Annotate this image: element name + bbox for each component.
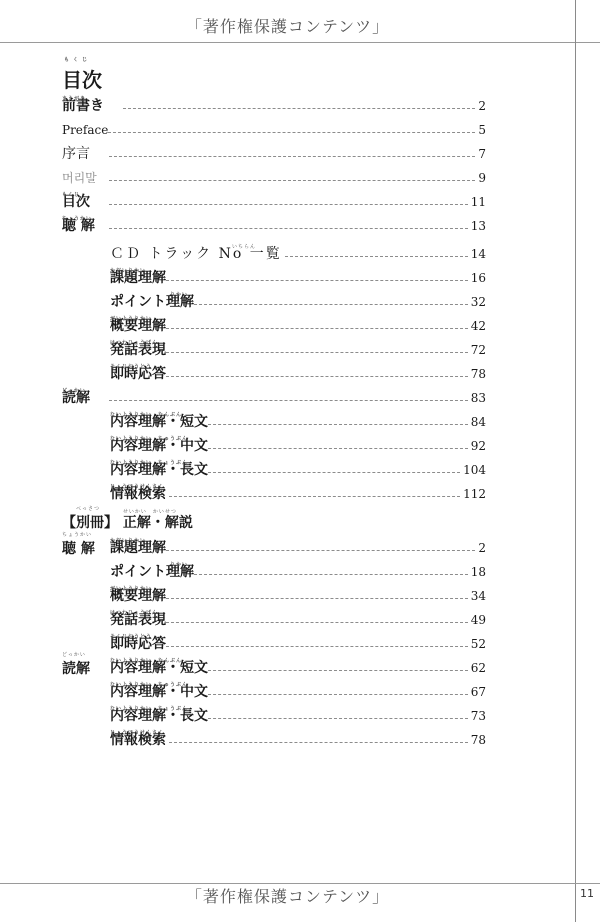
leader-dots (208, 447, 468, 449)
leader-dots (194, 573, 468, 575)
page-edge-line (575, 0, 576, 922)
leader-dots (109, 179, 475, 181)
page-title: もくじ 目次 (62, 64, 102, 93)
entry-label: りかいポイント理解 (110, 564, 194, 580)
entry-label: 序言 (62, 146, 106, 162)
entry-page: 42 (471, 318, 486, 334)
title-ruby: もくじ (64, 56, 91, 63)
entry-ruby: そくじおうとう (110, 629, 152, 645)
leader-dots (109, 203, 468, 205)
toc-entry-naiyou-chuubun[interactable]: ないようりかい ちゅうぶん内容理解・中文 92 (110, 434, 486, 454)
entry-label: どっかい読解 (62, 390, 106, 406)
entry-label: ないようりかい たんぶん内容理解・短文 (110, 414, 208, 430)
entry-ruby: もくじ (62, 187, 80, 203)
entry-ruby: はつわひょうげん (110, 335, 158, 351)
leader-dots (109, 399, 468, 401)
entry-label: かだいりかい課題理解 (110, 540, 166, 556)
entry-ruby: りかい (170, 557, 188, 573)
entry-page: 52 (471, 636, 486, 652)
leader-dots (108, 131, 475, 133)
toc-section-listening[interactable]: ちょうかい聴 解 13 (62, 214, 486, 234)
entry-label: かだいりかい課題理解 (110, 270, 166, 286)
title-text: 目次 (62, 68, 102, 92)
leader-dots (166, 351, 468, 353)
entry-ruby: ないようりかい ちゅうぶん (110, 677, 188, 693)
bessatsu-bracket: 【別冊】 (62, 515, 118, 531)
toc-entry-sokuji-outou[interactable]: そくじおうとう即時応答 78 (110, 362, 486, 382)
entry-ruby: どっかい (62, 383, 86, 399)
leader-dots (166, 279, 468, 281)
leader-dots (166, 549, 475, 551)
bracket-ruby: べっさつ (76, 505, 100, 512)
toc-entry-preface[interactable]: Preface 5 (62, 118, 486, 138)
entry-label: はつわひょうげん発話表現 (110, 342, 166, 358)
leader-dots (166, 597, 468, 599)
leader-dots (166, 645, 468, 647)
entry-label: じょうほうけんさく情報検索 (110, 732, 166, 748)
leader-dots (169, 741, 468, 743)
entry-label: はつわひょうげん発話表現 (110, 612, 166, 628)
entry-label: そくじおうとう即時応答 (110, 366, 166, 382)
entry-page: 18 (471, 564, 486, 580)
leader-dots (208, 423, 468, 425)
leader-dots (169, 495, 460, 497)
toc-entry-b-point-rikai[interactable]: りかいポイント理解 18 (110, 560, 486, 580)
toc-entry-b-gaiyou-rikai[interactable]: がいようりかい概要理解 34 (110, 584, 486, 604)
entry-label: ないようりかい たんぶん内容理解・短文 (110, 660, 208, 676)
copyright-banner-bottom: 「著作権保護コンテンツ」 (0, 884, 575, 907)
entry-page: 13 (471, 218, 486, 234)
entry-label: 머리말 (62, 170, 106, 186)
bessatsu-category-listening: ちょうかい 聴 解 (62, 538, 95, 558)
entry-page: 16 (471, 270, 486, 286)
entry-label: がいようりかい概要理解 (110, 318, 166, 334)
entry-page: 5 (478, 122, 486, 138)
toc-entry-b-jouhou-kensaku[interactable]: じょうほうけんさく情報検索 78 (110, 728, 486, 748)
entry-ruby: かだいりかい (110, 533, 146, 549)
entry-label: そくじおうとう即時応答 (110, 636, 166, 652)
entry-page: 83 (471, 390, 486, 406)
entry-page: 11 (471, 194, 486, 210)
entry-page: 92 (471, 438, 486, 454)
leader-dots (123, 107, 475, 109)
category-ruby: どっかい (62, 651, 86, 658)
entry-page: 78 (471, 366, 486, 382)
entry-page: 14 (471, 246, 486, 262)
toc-entry-b-kadai-rikai[interactable]: かだいりかい課題理解 2 (110, 536, 486, 556)
leader-dots (208, 471, 460, 473)
entry-page: 67 (471, 684, 486, 700)
entry-ruby: はつわひょうげん (110, 605, 158, 621)
entry-ruby: がいようりかい (110, 581, 152, 597)
copyright-banner-top: 「著作権保護コンテンツ」 (0, 14, 575, 37)
leader-dots (166, 621, 468, 623)
page-number: 11 (580, 887, 594, 900)
entry-ruby: ないようりかい たんぶん (110, 407, 182, 423)
entry-label: がいようりかい概要理解 (110, 588, 166, 604)
entry-page: 49 (471, 612, 486, 628)
leader-dots (285, 255, 468, 257)
toc-entry-b-sokuji-outou[interactable]: そくじおうとう即時応答 52 (110, 632, 486, 652)
toc-entry-hatsuwa-hyougen[interactable]: はつわひょうげん発話表現 72 (110, 338, 486, 358)
leader-dots (166, 327, 468, 329)
entry-label: ちょうかい聴 解 (62, 218, 106, 234)
toc-entry-kadai-rikai[interactable]: かだいりかい課題理解 16 (110, 266, 486, 286)
entry-ruby: ないようりかい たんぶん (110, 653, 182, 669)
entry-ruby: がいようりかい (110, 311, 152, 327)
entry-page: 78 (471, 732, 486, 748)
entry-page: 9 (478, 170, 486, 186)
entry-page: 62 (471, 660, 486, 676)
entry-label: ないようりかい ちゅうぶん内容理解・中文 (110, 438, 208, 454)
leader-dots (208, 669, 468, 671)
leader-dots (109, 155, 475, 157)
bessatsu-heading: べっさつ 【別冊】 せいかい かいせつ正解・解説 (62, 512, 193, 532)
entry-ruby: まえがき (62, 91, 86, 107)
entry-page: 104 (463, 462, 486, 478)
bessatsu-title: せいかい かいせつ正解・解説 (123, 515, 193, 531)
toc-entry-b-naiyou-chuubun[interactable]: ないようりかい ちゅうぶん内容理解・中文 67 (110, 680, 486, 700)
entry-ruby: ないようりかい ちょうぶん (110, 455, 188, 471)
toc-entry-jogen[interactable]: 序言 7 (62, 142, 486, 162)
entry-page: 32 (471, 294, 486, 310)
leader-dots (208, 693, 468, 695)
entry-label: ないようりかい ちゅうぶん内容理解・中文 (110, 684, 208, 700)
entry-ruby: そくじおうとう (110, 359, 152, 375)
leader-dots (166, 375, 468, 377)
entry-page: 72 (471, 342, 486, 358)
toc-entry-mokuji[interactable]: もくじ目次 11 (62, 190, 486, 210)
entry-ruby: ないようりかい ちゅうぶん (110, 431, 188, 447)
toc-entry-b-naiyou-tanbun[interactable]: ないようりかい たんぶん内容理解・短文 62 (110, 656, 486, 676)
entry-label: ないようりかい ちょうぶん内容理解・長文 (110, 462, 208, 478)
entry-label: もくじ目次 (62, 194, 106, 210)
toc-entry-point-rikai[interactable]: りかいポイント理解 32 (110, 290, 486, 310)
toc-entry-naiyou-tanbun[interactable]: ないようりかい たんぶん内容理解・短文 84 (110, 410, 486, 430)
entry-ruby: じょうほうけんさく (110, 479, 164, 495)
entry-ruby: ちょうかい (62, 211, 92, 227)
entry-page: 2 (478, 540, 486, 556)
toc-entry-gaiyou-rikai[interactable]: がいようりかい概要理解 42 (110, 314, 486, 334)
leader-dots (208, 717, 468, 719)
toc-entry-jouhou-kensaku[interactable]: じょうほうけんさく情報検索 112 (110, 482, 486, 502)
entry-ruby: りかい (170, 287, 188, 303)
toc-section-reading[interactable]: どっかい読解 83 (62, 386, 486, 406)
toc-entry-meorimal[interactable]: 머리말 9 (62, 166, 486, 186)
entry-label: じょうほうけんさく情報検索 (110, 486, 166, 502)
toc-entry-cd-track[interactable]: いちらんＣＤ トラック No 一覧 14 (110, 242, 486, 262)
entry-ruby: じょうほうけんさく (110, 725, 164, 741)
bessatsu-category-reading: どっかい 読解 (62, 658, 90, 678)
category-ruby: ちょうかい (62, 531, 92, 538)
header-divider (0, 42, 600, 43)
entry-ruby: ないようりかい ちょうぶん (110, 701, 188, 717)
entry-page: 2 (478, 98, 486, 114)
toc-entry-b-hatsuwa-hyougen[interactable]: はつわひょうげん発話表現 49 (110, 608, 486, 628)
entry-ruby: いちらん (232, 239, 256, 255)
toc-entry-naiyou-choubun[interactable]: ないようりかい ちょうぶん内容理解・長文 104 (110, 458, 486, 478)
entry-ruby: かだいりかい (110, 263, 146, 279)
title-ruby: せいかい かいせつ (123, 508, 177, 515)
entry-page: 73 (471, 708, 486, 724)
entry-label: ないようりかい ちょうぶん内容理解・長文 (110, 708, 208, 724)
entry-label: まえがき前書き (62, 98, 104, 114)
entry-label: Preface (62, 122, 108, 138)
toc-entry-maegaki[interactable]: まえがき前書き 2 (62, 94, 486, 114)
toc-entry-b-naiyou-choubun[interactable]: ないようりかい ちょうぶん内容理解・長文 73 (110, 704, 486, 724)
entry-label: りかいポイント理解 (110, 294, 194, 310)
entry-label: いちらんＣＤ トラック No 一覧 (110, 246, 282, 262)
leader-dots (109, 227, 468, 229)
leader-dots (194, 303, 468, 305)
entry-page: 7 (478, 146, 486, 162)
entry-page: 34 (471, 588, 486, 604)
entry-page: 112 (463, 486, 486, 502)
entry-page: 84 (471, 414, 486, 430)
